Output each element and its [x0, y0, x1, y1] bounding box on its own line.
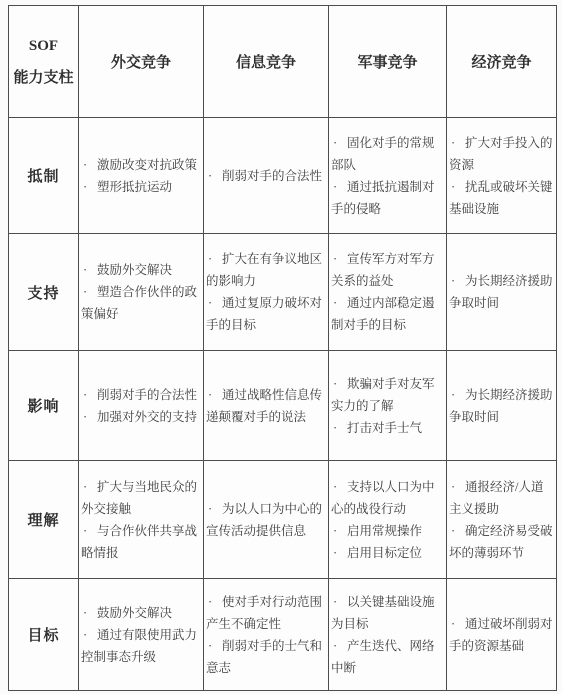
bullet-item: ·支持以人口为中心的战役行动 [331, 476, 444, 520]
bullet-item-text: 固化对手的常规部队 [331, 136, 435, 172]
bullet-item: ·使对手对行动范围产生不确定性 [206, 591, 326, 635]
bullet-icon: · [333, 373, 347, 395]
bullet-item: ·塑形抵抗运动 [81, 176, 201, 198]
bullet-item-text: 通过战略性信息传递颠覆对手的说法 [206, 388, 322, 424]
header-sof-line2: 能力支柱 [9, 62, 78, 94]
bullet-item: ·为长期经济援助争取时间 [449, 270, 554, 314]
bullet-item: ·塑造合作伙伴的政策偏好 [81, 281, 201, 325]
cell-target-economic: ·通过破坏削弱对手的资源基础 [447, 579, 557, 691]
bullet-item: ·削弱对手的士气和意志 [206, 635, 326, 679]
bullet-item: ·宣传军方对军方关系的益处 [331, 248, 444, 292]
bullet-icon: · [83, 602, 97, 624]
cell-support-information: ·扩大在有争议地区的影响力 ·通过复原力破坏对手的目标 [204, 234, 329, 351]
bullet-icon: · [333, 248, 347, 270]
table-row-target: 目标 ·鼓励外交解决 ·通过有限使用武力控制事态升级 ·使对手对行动范围产生不确… [9, 579, 557, 691]
cell-support-diplomatic: ·鼓励外交解决 ·塑造合作伙伴的政策偏好 [79, 234, 204, 351]
bullet-item-text: 通过破坏削弱对手的资源基础 [449, 617, 553, 653]
bullet-item-text: 鼓励外交解决 [97, 263, 172, 277]
bullet-icon: · [333, 542, 347, 564]
header-economic: 经济竞争 [447, 6, 557, 118]
bullet-item-text: 启用常规操作 [347, 524, 422, 538]
bullet-item: ·扩大在有争议地区的影响力 [206, 248, 326, 292]
cell-support-military: ·宣传军方对军方关系的益处 ·通过内部稳定遏制对手的目标 [329, 234, 447, 351]
bullet-item: ·鼓励外交解决 [81, 259, 201, 281]
row-label-resist: 抵制 [9, 118, 79, 234]
bullet-item: ·通过破坏削弱对手的资源基础 [449, 613, 554, 657]
bullet-icon: · [333, 591, 347, 613]
bullet-item-text: 与合作伙伴共享战略情报 [81, 524, 197, 560]
cell-target-diplomatic: ·鼓励外交解决 ·通过有限使用武力控制事态升级 [79, 579, 204, 691]
bullet-item-text: 通过内部稳定遏制对手的目标 [331, 296, 435, 332]
bullet-item: ·启用目标定位 [331, 542, 444, 564]
bullet-item: ·扩大对手投入的资源 [449, 132, 554, 176]
bullet-item: ·固化对手的常规部队 [331, 132, 444, 176]
bullet-item-text: 确定经济易受破坏的薄弱环节 [449, 524, 553, 560]
bullet-item: ·通过内部稳定遏制对手的目标 [331, 292, 444, 336]
bullet-item: ·打击对手士气 [331, 417, 444, 439]
bullet-item: ·削弱对手的合法性 [206, 165, 326, 187]
row-label-support: 支持 [9, 234, 79, 351]
bullet-item: ·为以人口为中心的宣传活动提供信息 [206, 498, 326, 542]
bullet-icon: · [451, 384, 465, 406]
bullet-item-text: 激励改变对抗政策 [97, 158, 197, 172]
bullet-icon: · [451, 520, 465, 542]
cell-influence-information: ·通过战略性信息传递颠覆对手的说法 [204, 351, 329, 461]
bullet-icon: · [333, 132, 347, 154]
bullet-icon: · [333, 417, 347, 439]
header-military: 军事竞争 [329, 6, 447, 118]
table-row-influence: 影响 ·削弱对手的合法性 ·加强对外交的支持 ·通过战略性信息传递颠覆对手的说法… [9, 351, 557, 461]
bullet-item-text: 削弱对手的合法性 [222, 169, 322, 183]
bullet-item-text: 以关键基础设施为目标 [331, 595, 435, 631]
bullet-item: ·产生迭代、网络中断 [331, 635, 444, 679]
bullet-item-text: 为以人口为中心的宣传活动提供信息 [206, 502, 322, 538]
bullet-icon: · [333, 476, 347, 498]
bullet-item-text: 加强对外交的支持 [97, 410, 197, 424]
cell-target-information: ·使对手对行动范围产生不确定性 ·削弱对手的士气和意志 [204, 579, 329, 691]
bullet-item-text: 通过抵抗遏制对手的侵略 [331, 180, 435, 216]
bullet-icon: · [83, 624, 97, 646]
bullet-item: ·为长期经济援助争取时间 [449, 384, 554, 428]
bullet-item: ·与合作伙伴共享战略情报 [81, 520, 201, 564]
bullet-icon: · [208, 591, 222, 613]
header-diplomatic: 外交竞争 [79, 6, 204, 118]
bullet-icon: · [83, 281, 97, 303]
bullet-item-text: 扩大与当地民众的外交接触 [81, 480, 197, 516]
table-row-support: 支持 ·鼓励外交解决 ·塑造合作伙伴的政策偏好 ·扩大在有争议地区的影响力 ·通… [9, 234, 557, 351]
bullet-item-text: 宣传军方对军方关系的益处 [331, 252, 435, 288]
bullet-icon: · [83, 259, 97, 281]
bullet-item-text: 扰乱或破坏关键基础设施 [449, 180, 553, 216]
bullet-icon: · [83, 406, 97, 428]
cell-resist-military: ·固化对手的常规部队 ·通过抵抗遏制对手的侵略 [329, 118, 447, 234]
bullet-item-text: 通过复原力破坏对手的目标 [206, 296, 322, 332]
cell-target-military: ·以关键基础设施为目标 ·产生迭代、网络中断 [329, 579, 447, 691]
bullet-item: ·通过有限使用武力控制事态升级 [81, 624, 201, 668]
cell-understand-military: ·支持以人口为中心的战役行动 ·启用常规操作 ·启用目标定位 [329, 461, 447, 579]
bullet-icon: · [333, 292, 347, 314]
bullet-icon: · [208, 498, 222, 520]
row-label-influence: 影响 [9, 351, 79, 461]
cell-influence-military: ·欺骗对手对友军实力的了解 ·打击对手士气 [329, 351, 447, 461]
bullet-item: ·确定经济易受破坏的薄弱环节 [449, 520, 554, 564]
bullet-item: ·通过抵抗遏制对手的侵略 [331, 176, 444, 220]
cell-support-economic: ·为长期经济援助争取时间 [447, 234, 557, 351]
bullet-item-text: 为长期经济援助争取时间 [449, 388, 553, 424]
bullet-item-text: 鼓励外交解决 [97, 606, 172, 620]
bullet-item: ·激励改变对抗政策 [81, 154, 201, 176]
bullet-icon: · [451, 476, 465, 498]
header-information: 信息竞争 [204, 6, 329, 118]
table-row-resist: 抵制 ·激励改变对抗政策 ·塑形抵抗运动 ·削弱对手的合法性 ·固化对手的常规部… [9, 118, 557, 234]
bullet-item-text: 打击对手士气 [347, 421, 422, 435]
bullet-item: ·欺骗对手对友军实力的了解 [331, 373, 444, 417]
cell-influence-diplomatic: ·削弱对手的合法性 ·加强对外交的支持 [79, 351, 204, 461]
bullet-icon: · [83, 520, 97, 542]
bullet-icon: · [451, 270, 465, 292]
bullet-item: ·加强对外交的支持 [81, 406, 201, 428]
bullet-item-text: 使对手对行动范围产生不确定性 [206, 595, 322, 631]
bullet-item-text: 削弱对手的士气和意志 [206, 639, 322, 675]
bullet-icon: · [208, 248, 222, 270]
bullet-icon: · [208, 165, 222, 187]
bullet-item-text: 削弱对手的合法性 [97, 388, 197, 402]
bullet-item: ·以关键基础设施为目标 [331, 591, 444, 635]
bullet-item-text: 产生迭代、网络中断 [331, 639, 435, 675]
bullet-icon: · [208, 384, 222, 406]
bullet-item-text: 为长期经济援助争取时间 [449, 274, 553, 310]
bullet-icon: · [333, 176, 347, 198]
bullet-item: ·扩大与当地民众的外交接触 [81, 476, 201, 520]
bullet-item: ·削弱对手的合法性 [81, 384, 201, 406]
bullet-item: ·通过战略性信息传递颠覆对手的说法 [206, 384, 326, 428]
bullet-icon: · [333, 635, 347, 657]
cell-resist-information: ·削弱对手的合法性 [204, 118, 329, 234]
cell-understand-diplomatic: ·扩大与当地民众的外交接触 ·与合作伙伴共享战略情报 [79, 461, 204, 579]
cell-resist-diplomatic: ·激励改变对抗政策 ·塑形抵抗运动 [79, 118, 204, 234]
bullet-icon: · [83, 476, 97, 498]
bullet-item-text: 塑造合作伙伴的政策偏好 [81, 285, 197, 321]
sof-competition-table: SOF 能力支柱 外交竞争 信息竞争 军事竞争 经济竞争 抵制 ·激励改变对抗政… [8, 5, 557, 691]
bullet-icon: · [208, 292, 222, 314]
bullet-icon: · [83, 154, 97, 176]
bullet-item-text: 塑形抵抗运动 [97, 180, 172, 194]
bullet-item: ·通报经济/人道主义援助 [449, 476, 554, 520]
bullet-item-text: 启用目标定位 [347, 546, 422, 560]
bullet-item-text: 扩大对手投入的资源 [449, 136, 553, 172]
bullet-item: ·启用常规操作 [331, 520, 444, 542]
cell-understand-information: ·为以人口为中心的宣传活动提供信息 [204, 461, 329, 579]
bullet-item-text: 欺骗对手对友军实力的了解 [331, 377, 435, 413]
bullet-icon: · [208, 635, 222, 657]
bullet-icon: · [451, 176, 465, 198]
bullet-item: ·鼓励外交解决 [81, 602, 201, 624]
cell-understand-economic: ·通报经济/人道主义援助 ·确定经济易受破坏的薄弱环节 [447, 461, 557, 579]
header-sof-pillar: SOF 能力支柱 [9, 6, 79, 118]
bullet-item-text: 通过有限使用武力控制事态升级 [81, 628, 197, 664]
table-row-understand: 理解 ·扩大与当地民众的外交接触 ·与合作伙伴共享战略情报 ·为以人口为中心的宣… [9, 461, 557, 579]
bullet-icon: · [333, 520, 347, 542]
bullet-item: ·扰乱或破坏关键基础设施 [449, 176, 554, 220]
row-label-understand: 理解 [9, 461, 79, 579]
row-label-target: 目标 [9, 579, 79, 691]
bullet-icon: · [83, 384, 97, 406]
bullet-item-text: 支持以人口为中心的战役行动 [331, 480, 435, 516]
bullet-icon: · [451, 613, 465, 635]
header-sof-line1: SOF [9, 30, 78, 62]
bullet-icon: · [451, 132, 465, 154]
cell-influence-economic: ·为长期经济援助争取时间 [447, 351, 557, 461]
bullet-icon: · [83, 176, 97, 198]
header-row: SOF 能力支柱 外交竞争 信息竞争 军事竞争 经济竞争 [9, 6, 557, 118]
cell-resist-economic: ·扩大对手投入的资源 ·扰乱或破坏关键基础设施 [447, 118, 557, 234]
bullet-item: ·通过复原力破坏对手的目标 [206, 292, 326, 336]
bullet-item-text: 扩大在有争议地区的影响力 [206, 252, 322, 288]
